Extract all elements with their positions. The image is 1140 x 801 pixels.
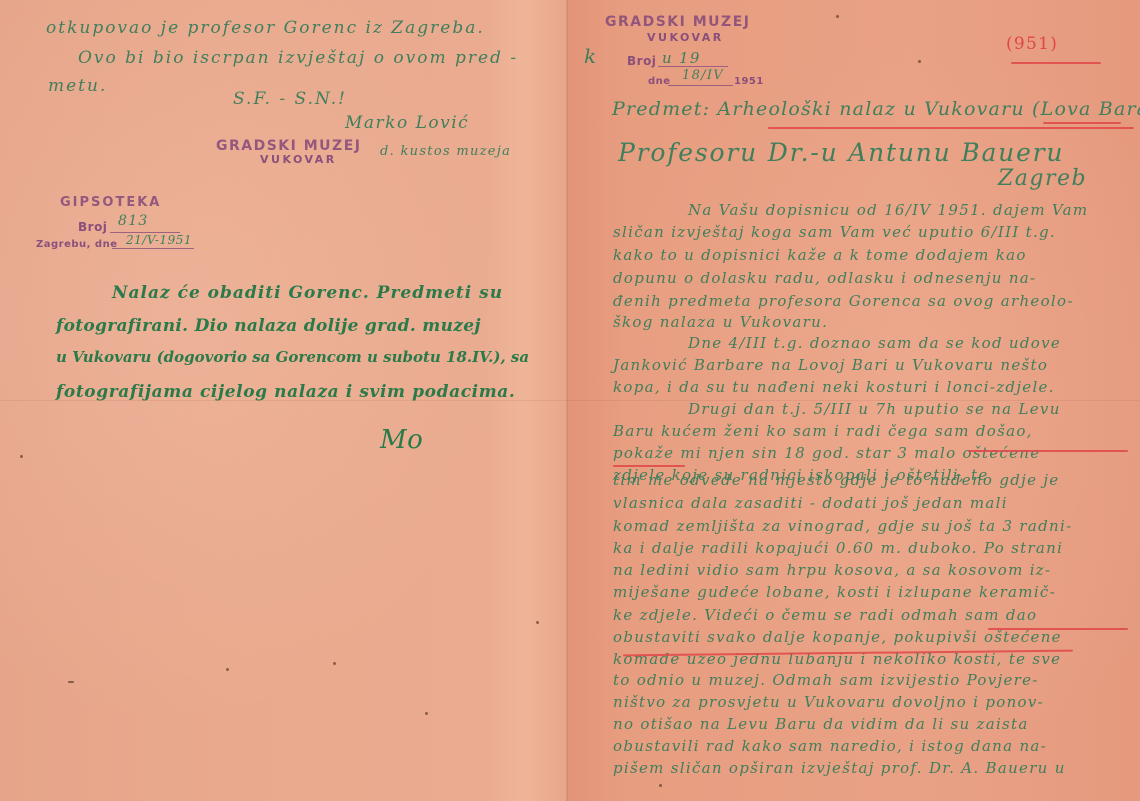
body-underline-12 [968,450,1128,452]
gipsoteka-number-value: 813 [118,214,149,228]
stamp-date-value: 18/IV [682,69,724,82]
body-line-9: kopa, i da su tu nađeni neki kosturi i l… [613,380,1055,395]
signature: Marko Lović [345,115,469,132]
body-line-19: miješane gudeće lobane, kosti i izlupane… [613,585,1056,600]
stamp-number-label: Broj [627,55,656,67]
left-top-line-1: otkupovao je profesor Gorenc iz Zagreba. [46,20,485,37]
body-line-18: na ledini vidio sam hrpu kosova, a sa ko… [613,563,1051,578]
signature-title: d. kustos muzeja [380,145,511,158]
body-line-12: pokaže mi njen sin 18 god. star 3 malo o… [613,446,1040,461]
body-line-26: obustavili rad kako sam naredio, i istog… [613,739,1047,754]
body-line-24: ništvo za prosvjetu u Vukovaru dovoljno … [613,695,1044,710]
note-line-3: u Vukovaru (dogovorio sa Gorencom u subo… [56,350,529,365]
museum-stamp-name-right: GRADSKI MUZEJ [605,15,750,29]
left-top-line-2: Ovo bi bio iscrpan izvještaj o ovom pred… [78,50,518,67]
body-line-17: ka i dalje radili kopajući 0.60 m. dubok… [613,541,1063,556]
addressee: Profesoru Dr.-u Antunu Baueru [618,140,1064,165]
stamp-number-value: u 19 [662,51,701,66]
body-line-25: no otišao na Levu Baru da vidim da li su… [613,717,1029,732]
body-line-7: Dne 4/III t.g. doznao sam da se kod udov… [688,336,1061,351]
note-line-1: Nalaz će obaditi Gorenc. Predmeti su [112,285,503,302]
body-line-5: đenih predmeta profesora Gorenca sa ovog… [613,294,1074,309]
body-line-1: Na Vašu dopisnicu od 16/IV 1951. dajem V… [688,203,1088,218]
body-line-11: Baru kućem ženi ko sam i radi čega sam d… [613,424,1033,439]
margin-mark: k [584,46,597,66]
museum-stamp-city-right: VUKOVAR [647,32,724,43]
body-line-4: dopunu o dolasku radu, odlasku i odnesen… [613,271,1036,286]
body-line-3: kako to u dopisnici kaže a k tome dodaje… [613,248,1027,263]
body-line-23: to odnio u muzej. Odmah sam izvijestio P… [613,673,1039,688]
gipsoteka-date-line [112,248,194,249]
note-initials: Mo [380,427,423,453]
body-line-14: tim me odvede na mjesto gdje je to nađen… [613,473,1059,488]
body-line-6: škog nalaza u Vukovaru. [613,315,828,330]
body-line-15: vlasnica dala zasaditi - dodati još jeda… [613,496,1008,511]
horizontal-fold [0,400,1140,401]
closing-salute: S.F. - S.N.! [233,91,347,108]
subject-underline [768,127,1134,129]
gipsoteka-date-label: Zagrebu, dne [36,240,118,250]
body-underline-21 [988,628,1128,630]
body-line-10: Drugi dan t.j. 5/III u 7h uputio se na L… [688,402,1061,417]
gipsoteka-number-label: Broj [78,221,107,233]
body-line-20: ke zdjele. Videći o čemu se radi odmah s… [613,608,1037,623]
body-underline-13 [613,465,685,467]
museum-stamp-name: GRADSKI MUZEJ [216,139,361,153]
left-top-line-3: metu. [48,78,107,95]
stamp-date-line [668,85,733,86]
body-line-8: Janković Barbare na Lovoj Bari u Vukovar… [613,358,1048,373]
body-line-27: pišem sličan opširan izvještaj prof. Dr.… [613,761,1066,776]
note-line-2: fotografirani. Dio nalaza dolije grad. m… [56,318,481,335]
red-annotation: (951) [1006,36,1058,53]
subject-line: Predmet: Arheološki nalaz u Vukovaru (Lo… [612,100,1140,119]
addressee-city: Zagreb [998,168,1087,190]
red-annotation-underline [1011,62,1101,64]
body-line-21: obustaviti svako dalje kopanje, pokupivš… [613,630,1062,645]
gipsoteka-stamp-title: GIPSOTEKA [60,196,161,209]
stamp-year: 1951 [734,77,764,87]
gipsoteka-date-value: 21/V-1951 [126,234,192,246]
museum-stamp-city: VUKOVAR [260,154,337,165]
body-line-16: komad zemljišta za vinograd, gdje su još… [613,519,1072,534]
note-line-4: fotografijama cijelog nalaza i svim poda… [56,384,515,401]
body-line-2: sličan izvještaj koga sam Vam već uputio… [613,225,1056,240]
subject-underline-2 [1043,122,1121,124]
